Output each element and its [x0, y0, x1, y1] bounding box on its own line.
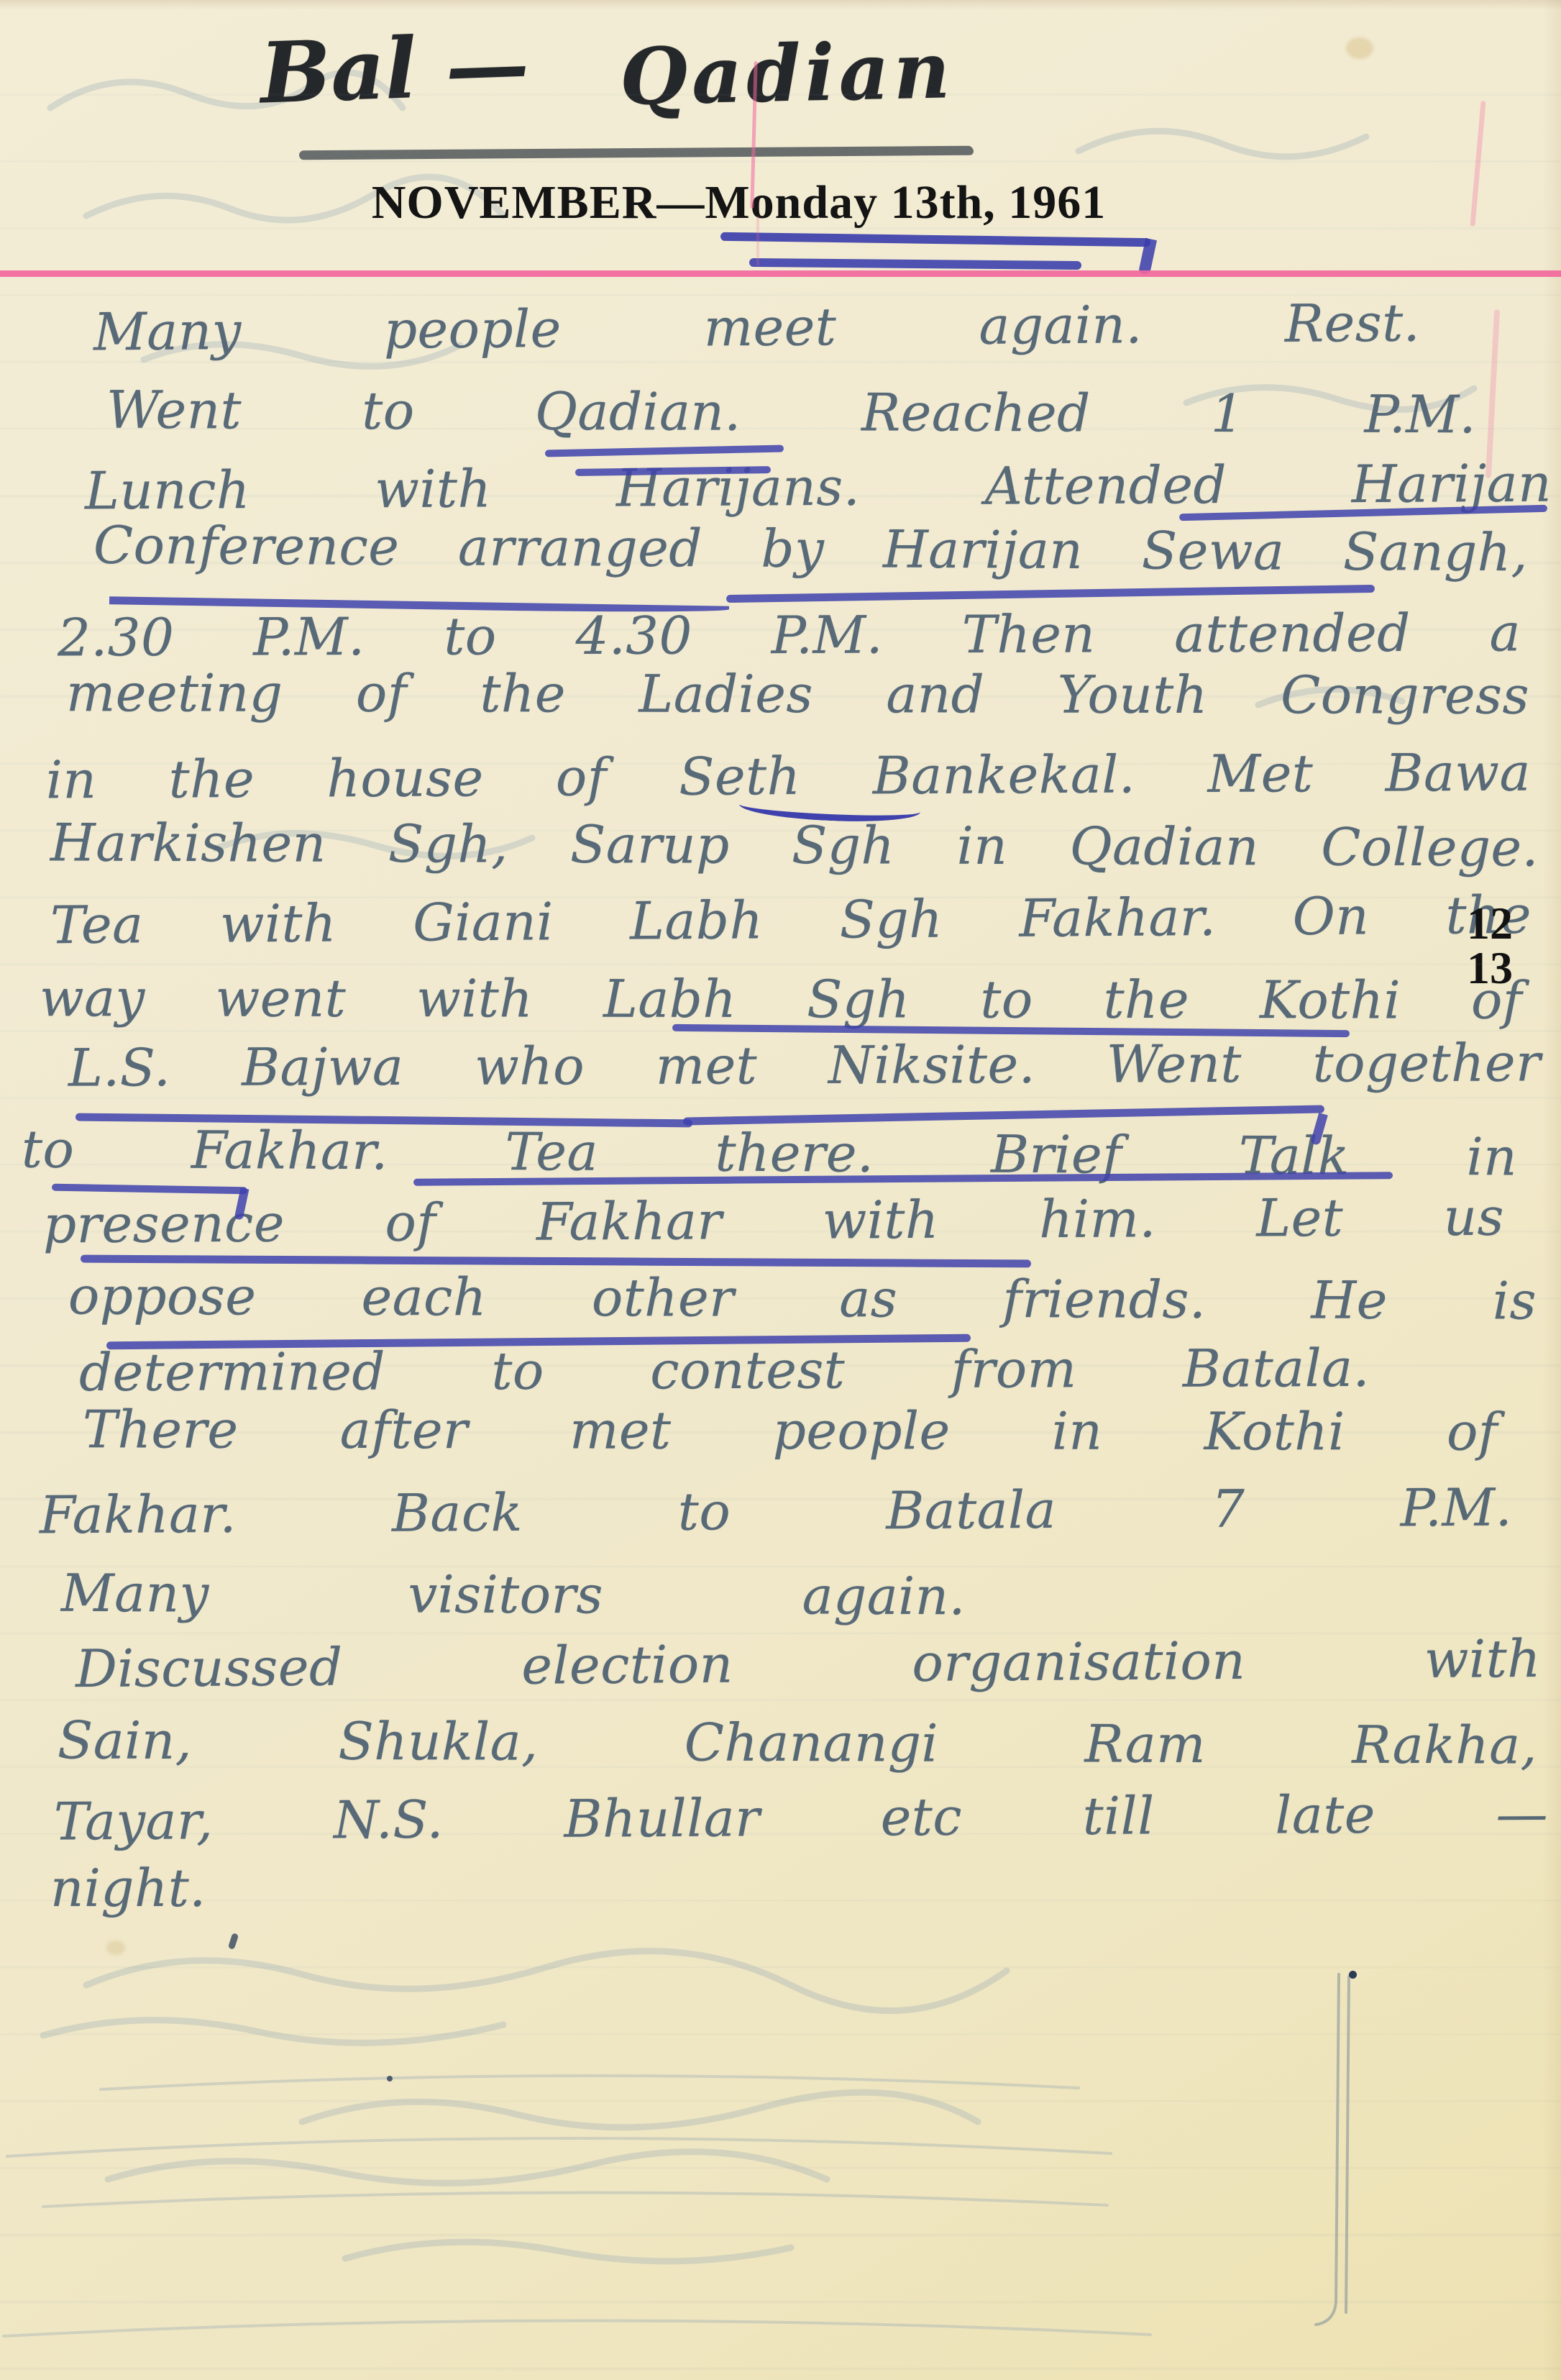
diary-line: Many visitors again.	[61, 1567, 966, 1624]
diary-line: to Fakhar. Tea there. Brief Talk in	[22, 1123, 1517, 1185]
ink-speck	[228, 1933, 239, 1950]
diary-line: Went to Qadian. Reached 1 P.M.	[106, 383, 1476, 442]
ink-underline	[726, 585, 1375, 603]
diary-line: meeting of the Ladies and Youth Congress	[66, 666, 1529, 723]
ink-underline	[738, 792, 920, 825]
ink-underline	[81, 1255, 1031, 1268]
diary-line: night.	[50, 1861, 424, 1916]
diary-line: Conference arranged by Harijan Sewa Sang…	[93, 519, 1528, 580]
diary-line: Sain, Shukla, Chanangi Ram Rakha,	[58, 1713, 1537, 1773]
handwritten-place-to: Qadian	[619, 25, 956, 123]
paper-stain	[106, 1941, 125, 1955]
ink-underline	[52, 1184, 247, 1195]
diary-line: Harkishen Sgh, Sarup Sgh in Qadian Colle…	[50, 816, 1539, 875]
date-blue-underline-tail	[1138, 238, 1157, 275]
ink-underline	[683, 1105, 1324, 1125]
diary-line: determined to contest from Batala.	[79, 1341, 1370, 1400]
date-blue-underline-2	[749, 258, 1081, 270]
ink-underline	[109, 596, 729, 614]
pink-scratch-mark	[1470, 101, 1486, 227]
ink-underline	[672, 1024, 1350, 1037]
header-ink-underline	[299, 146, 974, 160]
diary-line: Fakhar. Back to Batala 7 P.M.	[40, 1481, 1512, 1543]
printed-date-header: NOVEMBER—Monday 13th, 1961	[345, 175, 1132, 230]
pink-scratch-mark	[1486, 309, 1500, 478]
pink-scratch-mark	[750, 61, 757, 209]
handwritten-place-from: Bal —	[259, 16, 531, 123]
ink-underline	[545, 445, 784, 457]
date-blue-underline-1	[720, 232, 1150, 247]
diary-line: L.S. Bajwa who met Niksite. Went togethe…	[68, 1036, 1541, 1095]
diary-line: oppose each other as friends. He is	[68, 1269, 1537, 1328]
diary-line: Tea with Giani Labh Sgh Fakhar. On the	[50, 888, 1532, 953]
ink-underline	[413, 1172, 1393, 1186]
show-through-ghost-writing	[0, 0, 1561, 2380]
page-number-top: 12	[1467, 901, 1546, 947]
diary-line: Discussed election organisation with	[75, 1632, 1541, 1697]
ink-underline	[1179, 505, 1547, 521]
diary-line: in the house of Seth Bankekal. Met Bawa	[46, 746, 1531, 808]
diary-line: Many people meet again. Rest.	[93, 296, 1420, 360]
diary-paper-page: Bal — Qadian NOVEMBER—Monday 13th, 1961 …	[0, 0, 1561, 2380]
ink-underline-tail	[1310, 1113, 1328, 1146]
diary-line: 2.30 P.M. to 4.30 P.M. Then attended a	[58, 606, 1521, 665]
ink-speck	[387, 2076, 393, 2082]
ink-underline	[106, 1334, 971, 1349]
diary-line: There after met people in Kothi of	[83, 1403, 1498, 1459]
ink-underline	[75, 1113, 692, 1128]
ink-underline-tail	[234, 1187, 250, 1221]
scanned-diary-photo: Bal — Qadian NOVEMBER—Monday 13th, 1961 …	[0, 0, 1561, 2380]
pink-scratch-mark	[756, 216, 759, 266]
page-number-bottom: 13	[1467, 945, 1546, 991]
diary-line: Tayar, N.S. Bhullar etc till late —	[54, 1787, 1548, 1849]
diary-line: presence of Fakhar with him. Let us	[43, 1190, 1504, 1252]
pink-ruled-line	[0, 270, 1561, 277]
diary-line: Lunch with Harijans. Attended Harijan	[85, 457, 1552, 519]
ink-speck	[1349, 1971, 1357, 1979]
paper-stain	[1346, 37, 1373, 59]
ink-underline	[575, 466, 771, 476]
diary-line: way went with Labh Sgh to the Kothi of	[40, 971, 1522, 1028]
